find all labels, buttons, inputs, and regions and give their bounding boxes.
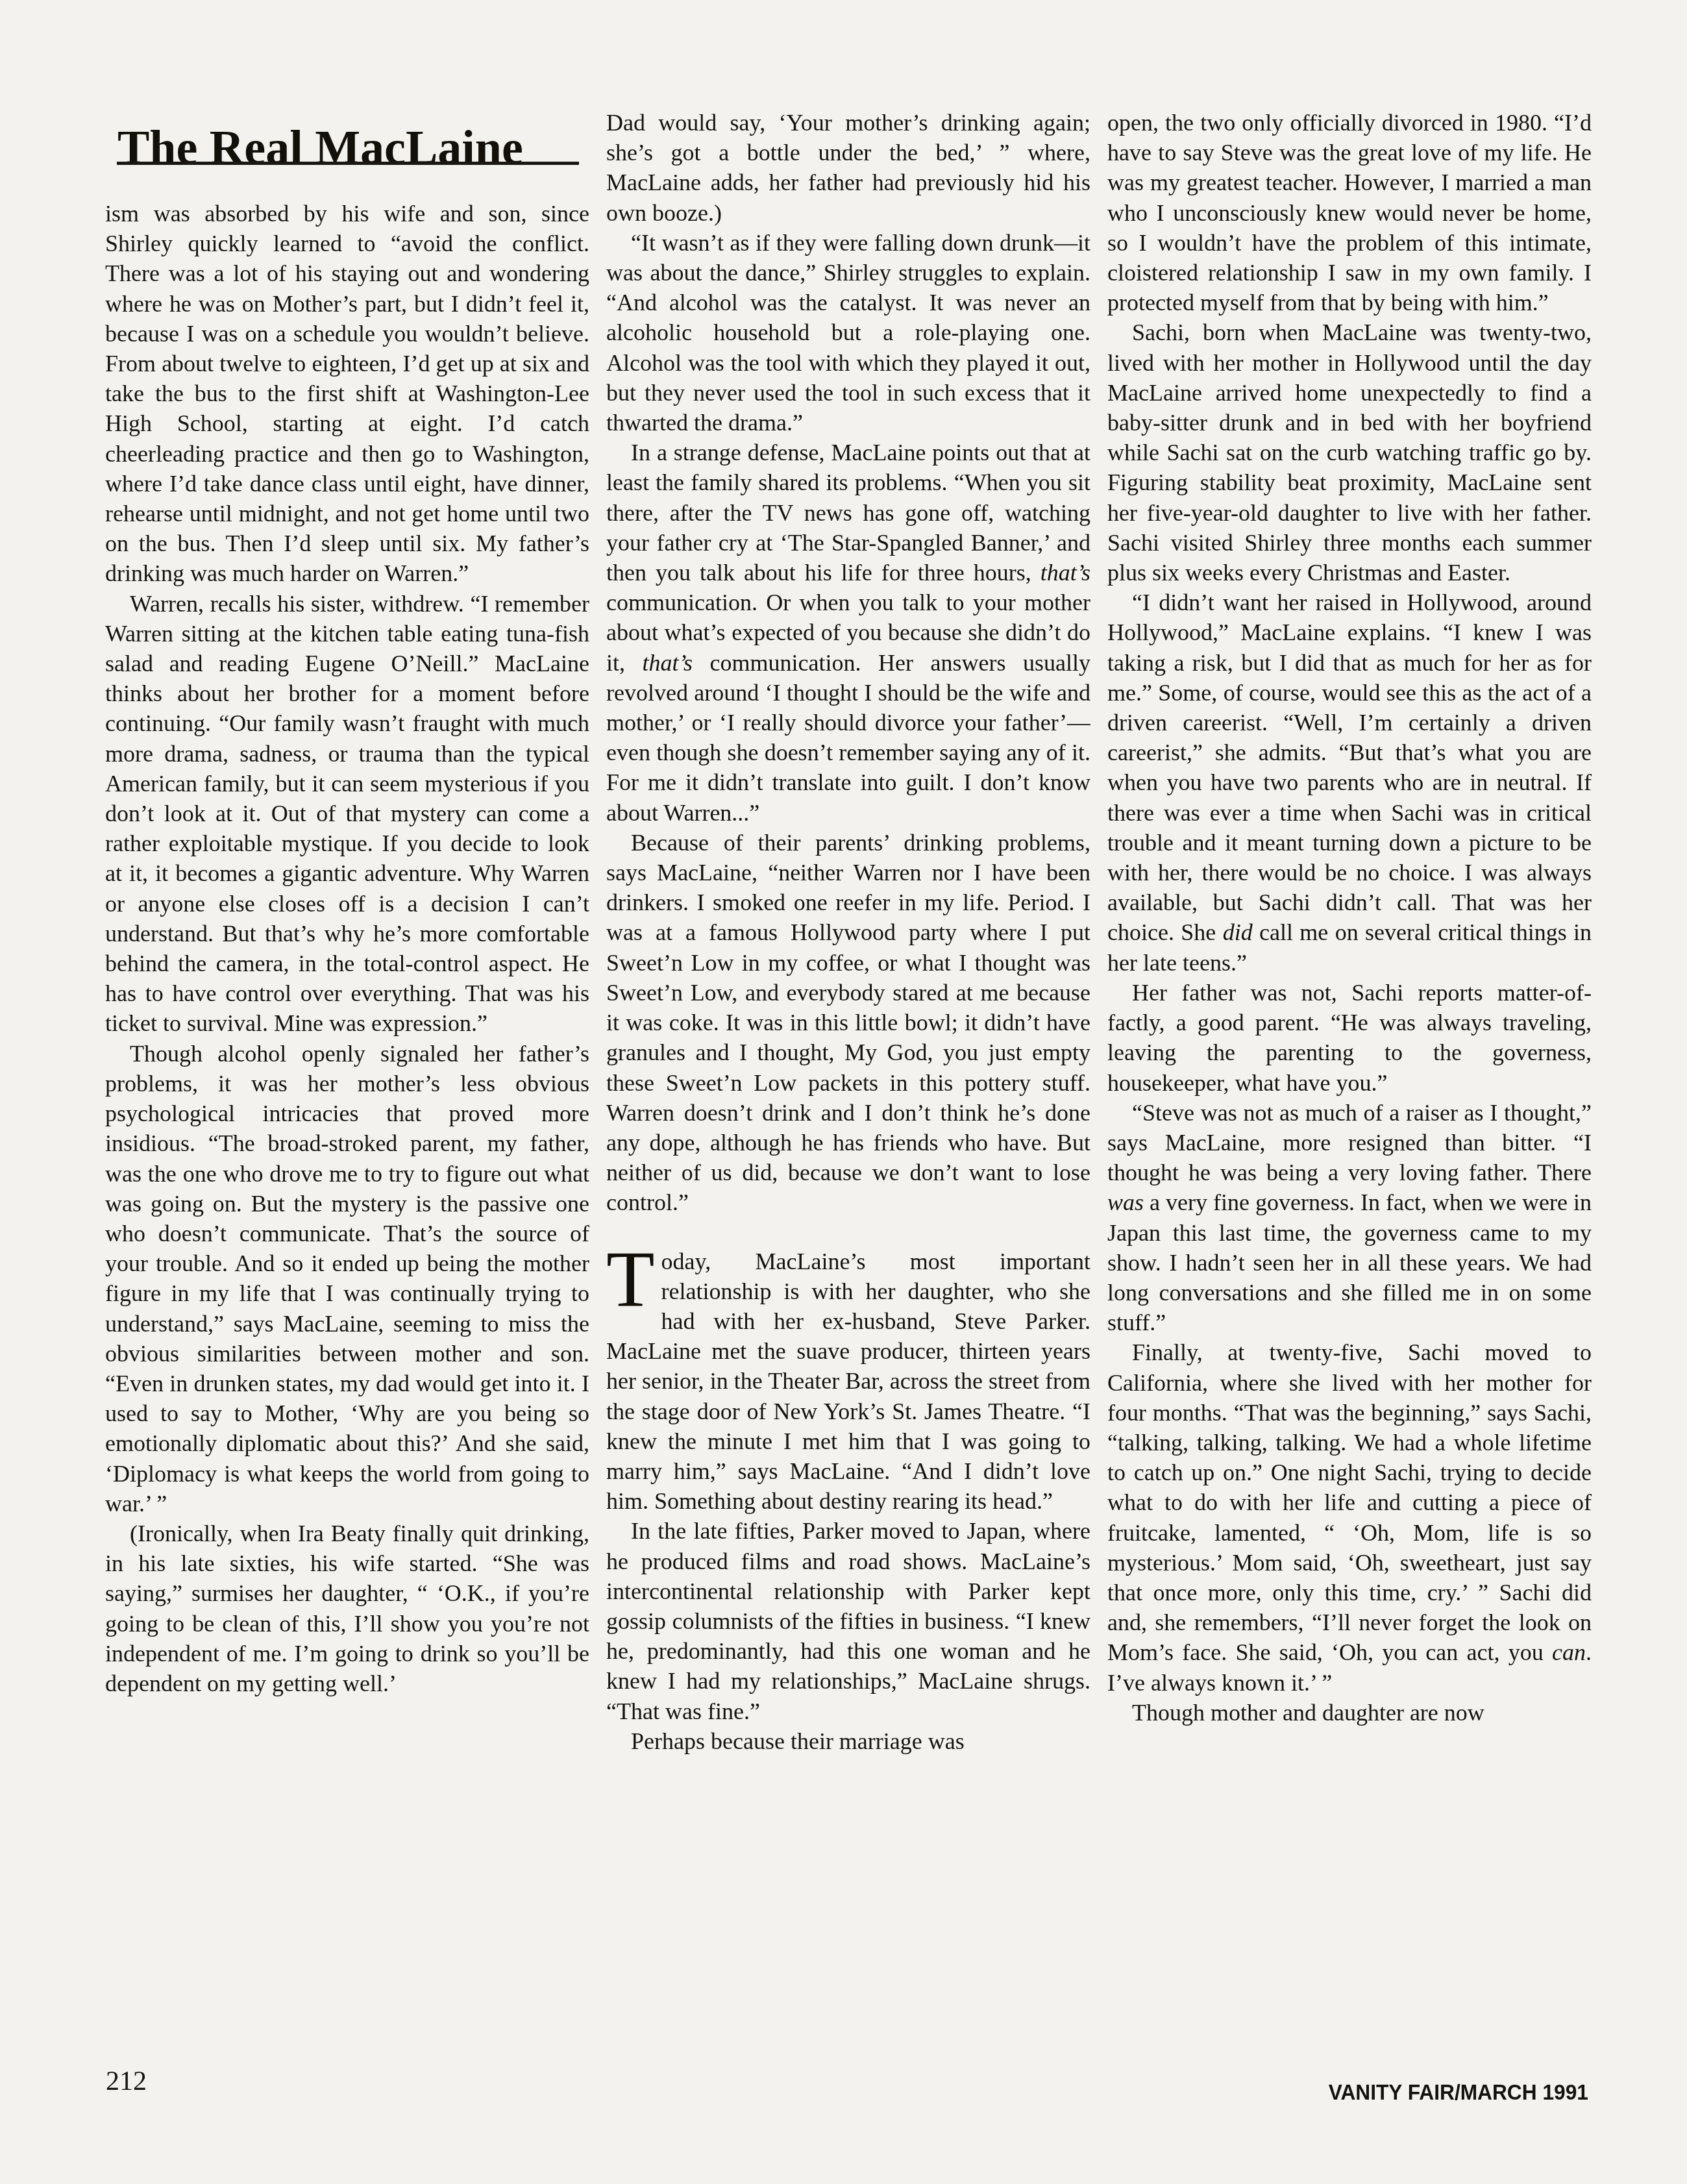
article-paragraph: (Ironically, when Ira Beaty finally quit… bbox=[105, 1519, 589, 1698]
text-run: “Steve was not as much of a raiser as I … bbox=[1107, 1100, 1592, 1185]
article-column-3: open, the two only officially divorced i… bbox=[1107, 108, 1592, 2081]
text-run: In the late fifties, Parker moved to Jap… bbox=[606, 1518, 1090, 1724]
text-run: “I didn’t want her raised in Hollywood, … bbox=[1107, 589, 1592, 945]
article-paragraph: Though alcohol openly signaled her fathe… bbox=[105, 1039, 589, 1519]
italic-text-run: did bbox=[1223, 919, 1253, 945]
article-column-2: Dad would say, ‘Your mother’s drinking a… bbox=[606, 108, 1090, 2055]
italic-text-run: that’s bbox=[1041, 560, 1090, 586]
text-run: oday, MacLaine’s most important relation… bbox=[606, 1248, 1090, 1515]
page-title: The Real MacLaine bbox=[117, 121, 523, 176]
article-paragraph: ism was absorbed by his wife and son, si… bbox=[105, 199, 589, 589]
article-paragraph: Dad would say, ‘Your mother’s drinking a… bbox=[606, 108, 1090, 228]
text-run: Though mother and daughter are now bbox=[1132, 1700, 1484, 1726]
text-run: Perhaps because their marriage was bbox=[631, 1728, 965, 1754]
text-run: Warren, recalls his sister, withdrew. “I… bbox=[105, 591, 589, 1037]
article-paragraph: “Steve was not as much of a raiser as I … bbox=[1107, 1098, 1592, 1338]
article-paragraph: Because of their parents’ drinking probl… bbox=[606, 828, 1090, 1218]
text-run: ism was absorbed by his wife and son, si… bbox=[105, 201, 589, 586]
text-run: In a strange defense, MacLaine points ou… bbox=[606, 440, 1090, 586]
text-run: Because of their parents’ drinking probl… bbox=[606, 830, 1090, 1215]
text-run: Though alcohol openly signaled her fathe… bbox=[105, 1041, 589, 1517]
text-run: “It wasn’t as if they were falling down … bbox=[606, 230, 1090, 436]
italic-text-run: was bbox=[1107, 1189, 1144, 1215]
page-number: 212 bbox=[106, 2066, 147, 2097]
text-run: a very fine governess. In fact, when we … bbox=[1107, 1189, 1592, 1335]
italic-text-run: can bbox=[1552, 1639, 1586, 1665]
article-paragraph: open, the two only officially divorced i… bbox=[1107, 108, 1592, 317]
article-paragraph: Though mother and daughter are now bbox=[1107, 1698, 1592, 1728]
text-run: (Ironically, when Ira Beaty finally quit… bbox=[105, 1520, 589, 1696]
article-paragraph: Today, MacLaine’s most important relatio… bbox=[606, 1247, 1090, 1517]
footer-magazine-credit: VANITY FAIR/MARCH 1991 bbox=[1329, 2080, 1588, 2105]
italic-text-run: that’s bbox=[643, 650, 693, 676]
text-run: Dad would say, ‘Your mother’s drinking a… bbox=[606, 110, 1090, 226]
article-paragraph: In a strange defense, MacLaine points ou… bbox=[606, 438, 1090, 828]
article-paragraph: Perhaps because their marriage was bbox=[606, 1726, 1090, 1756]
text-run: open, the two only officially divorced i… bbox=[1107, 110, 1592, 316]
article-paragraph: Warren, recalls his sister, withdrew. “I… bbox=[105, 589, 589, 1039]
article-paragraph: Her father was not, Sachi reports matter… bbox=[1107, 978, 1592, 1098]
article-paragraph: In the late fifties, Parker moved to Jap… bbox=[606, 1516, 1090, 1726]
drop-cap-letter: T bbox=[606, 1247, 661, 1309]
article-paragraph: “I didn’t want her raised in Hollywood, … bbox=[1107, 588, 1592, 978]
title-rule-divider bbox=[117, 162, 579, 165]
text-run: Her father was not, Sachi reports matter… bbox=[1107, 980, 1592, 1096]
article-paragraph: “It wasn’t as if they were falling down … bbox=[606, 228, 1090, 438]
text-run: Sachi, born when MacLaine was twenty-two… bbox=[1107, 319, 1592, 586]
article-paragraph: Sachi, born when MacLaine was twenty-two… bbox=[1107, 317, 1592, 588]
magazine-page: The Real MacLaine ism was absorbed by hi… bbox=[0, 0, 1687, 2184]
text-run: Finally, at twenty-five, Sachi moved to … bbox=[1107, 1339, 1592, 1665]
article-column-1: ism was absorbed by his wife and son, si… bbox=[105, 199, 589, 2016]
article-paragraph: Finally, at twenty-five, Sachi moved to … bbox=[1107, 1337, 1592, 1697]
text-run: communication. Her answers usually revol… bbox=[606, 650, 1090, 826]
